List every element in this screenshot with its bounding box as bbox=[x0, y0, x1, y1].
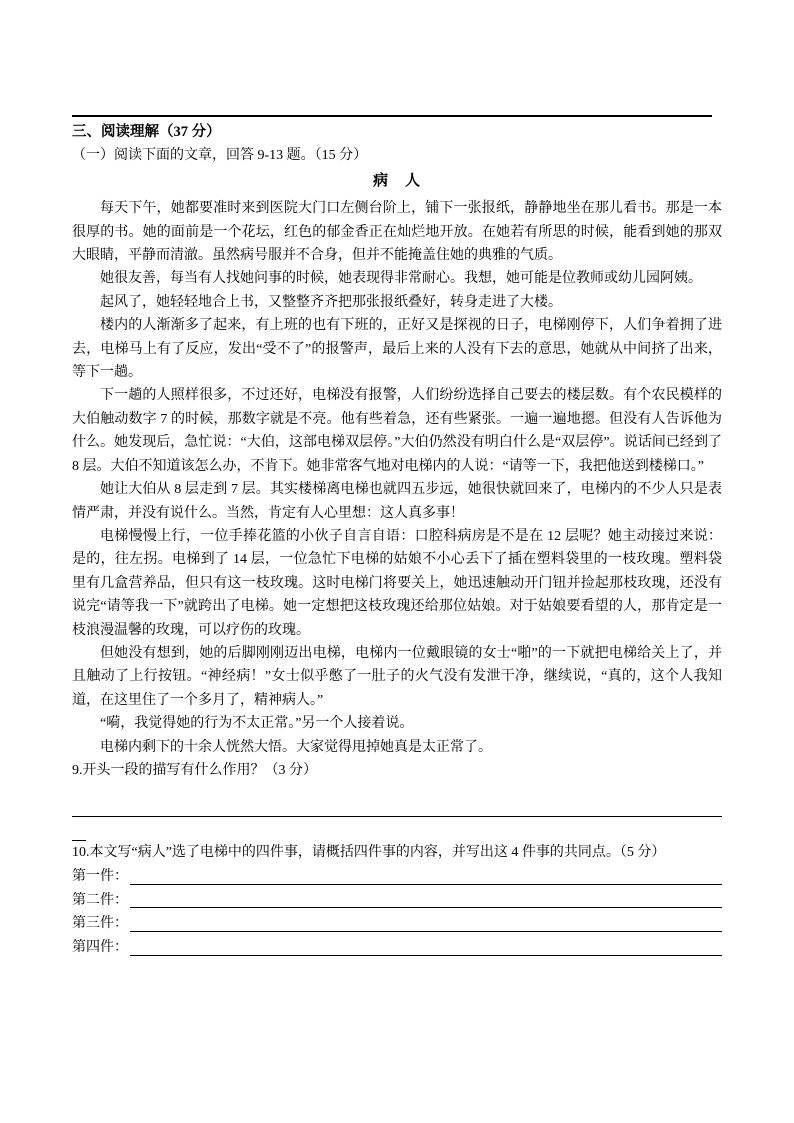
answer-blank-row: 第二件： bbox=[72, 889, 722, 913]
answer-blank-row: 第一件： bbox=[72, 865, 722, 889]
blank-label-item1: 第一件： bbox=[72, 865, 128, 889]
section-heading: 三、阅读理解（37 分） bbox=[72, 121, 722, 144]
blank-line-item1 bbox=[130, 884, 722, 885]
part-instruction: （一）阅读下面的文章，回答 9-13 题。（15 分） bbox=[72, 144, 722, 167]
exam-page: 三、阅读理解（37 分） （一）阅读下面的文章，回答 9-13 题。（15 分）… bbox=[0, 0, 794, 1123]
answer-blank-row: 第四件： bbox=[72, 936, 722, 960]
question-9-answer-line-continuation bbox=[72, 817, 86, 841]
blank-label-item4: 第四件： bbox=[72, 936, 128, 960]
answer-blank-row: 第三件： bbox=[72, 912, 722, 936]
article-paragraph: 下一趟的人照样很多，不过还好，电梯没有报警，人们纷纷选择自己要去的楼层数。有个农… bbox=[72, 384, 722, 478]
article-paragraph: 她让大伯从 8 层走到 7 层。其实楼梯离电梯也就四五步远，她很快就回来了，电梯… bbox=[72, 478, 722, 525]
blank-line-item3 bbox=[130, 931, 722, 932]
article-paragraph: 楼内的人渐渐多了起来，有上班的也有下班的，正好又是探视的日子，电梯刚停下，人们争… bbox=[72, 314, 722, 384]
question-9-answer-line bbox=[72, 798, 722, 817]
blank-line-item2 bbox=[130, 907, 722, 908]
article-paragraph: 起风了，她轻轻地合上书，又整整齐齐把那张报纸叠好，转身走进了大楼。 bbox=[72, 291, 722, 314]
article-paragraph: 但她没有想到，她的后脚刚刚迈出电梯，电梯内一位戴眼镜的女士“啪”的一下就把电梯给… bbox=[72, 642, 722, 712]
article-paragraph: “嗬，我觉得她的行为不太正常。”另一个人接着说。 bbox=[72, 712, 722, 735]
article-title: 病 人 bbox=[72, 170, 722, 193]
article-body: 每天下午，她都要准时来到医院大门口左侧台阶上，铺下一张报纸，静静地坐在那儿看书。… bbox=[72, 197, 722, 759]
article-paragraph: 她很友善，每当有人找她问事的时候，她表现得非常耐心。我想，她可能是位教师或幼儿园… bbox=[72, 267, 722, 290]
section-divider-line bbox=[72, 115, 712, 117]
blank-label-item2: 第二件： bbox=[72, 889, 128, 913]
article-paragraph: 电梯慢慢上行，一位手捧花篮的小伙子自言自语：口腔科病房是不是在 12 层呢？她主… bbox=[72, 525, 722, 642]
blank-label-item3: 第三件： bbox=[72, 912, 128, 936]
question-9: 9.开头一段的描写有什么作用？（3 分） bbox=[72, 759, 722, 782]
question-10: 10.本文写“病人”选了电梯中的四件事，请概括四件事的内容，并写出这 4 件事的… bbox=[72, 841, 722, 864]
article-paragraph: 电梯内剩下的十余人恍然大悟。大家觉得甩掉她真是太正常了。 bbox=[72, 736, 722, 759]
blank-line-item4 bbox=[130, 955, 722, 956]
article-paragraph: 每天下午，她都要准时来到医院大门口左侧台阶上，铺下一张报纸，静静地坐在那儿看书。… bbox=[72, 197, 722, 267]
page-content: 三、阅读理解（37 分） （一）阅读下面的文章，回答 9-13 题。（15 分）… bbox=[0, 115, 794, 960]
